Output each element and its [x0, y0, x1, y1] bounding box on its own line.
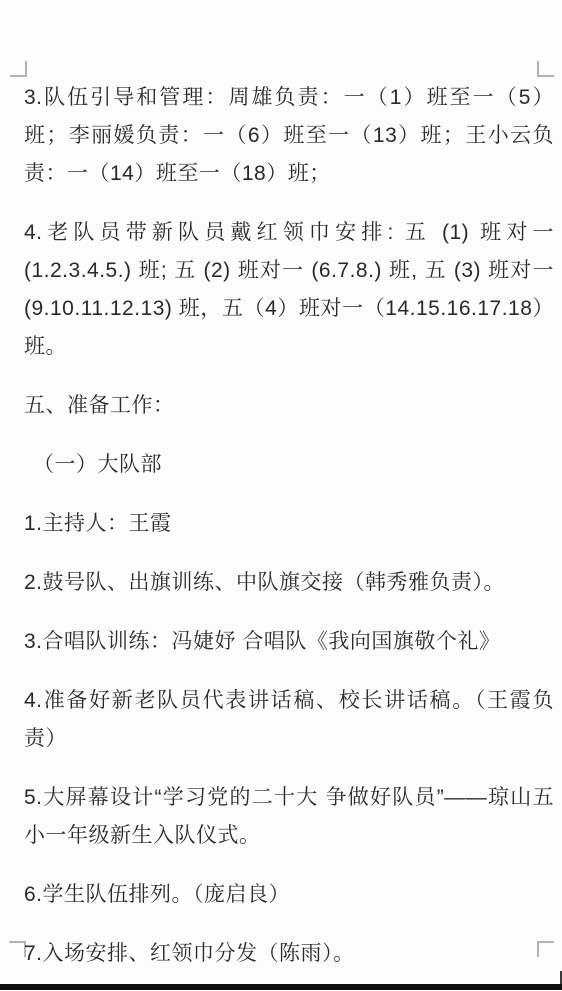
document-page[interactable]: 3.队伍引导和管理：周雄负责：一（1）班至一（5）班；李丽媛负责：一（6）班至一… — [0, 0, 562, 991]
section-heading-preparation: 五、准备工作： — [24, 387, 554, 425]
paragraph-student-lineup: 6.学生队伍排列。（庞启良） — [24, 876, 554, 914]
paragraph-entrance-scarves: 7.入场安排、红领巾分发（陈雨）。 — [24, 935, 554, 973]
paragraph-choir-training: 3.合唱队训练：冯婕妤 合唱队《我向国旗敬个礼》 — [24, 623, 554, 661]
page-break-bar — [0, 984, 562, 990]
paragraph-red-scarf-pairing: 4.老队员带新队员戴红领巾安排: 五 (1) 班对一 (1.2.3.4.5.) … — [24, 214, 554, 366]
paragraph-host: 1.主持人：王霞 — [24, 505, 554, 543]
paragraph-big-screen-design: 5.大屏幕设计“学习党的二十大 争做好队员”——琼山五小一年级新生入队仪式。 — [24, 779, 554, 855]
paragraph-speech-drafts: 4.准备好新老队员代表讲话稿、校长讲话稿。（王霞负责） — [24, 682, 554, 758]
document-body: 3.队伍引导和管理：周雄负责：一（1）班至一（5）班；李丽媛负责：一（6）班至一… — [0, 0, 562, 991]
subsection-heading-brigade: （一）大队部 — [24, 446, 554, 484]
paragraph-drum-corps: 2.鼓号队、出旗训练、中队旗交接（韩秀雅负责）。 — [24, 564, 554, 602]
paragraph-team-guidance: 3.队伍引导和管理：周雄负责：一（1）班至一（5）班；李丽媛负责：一（6）班至一… — [24, 79, 554, 193]
